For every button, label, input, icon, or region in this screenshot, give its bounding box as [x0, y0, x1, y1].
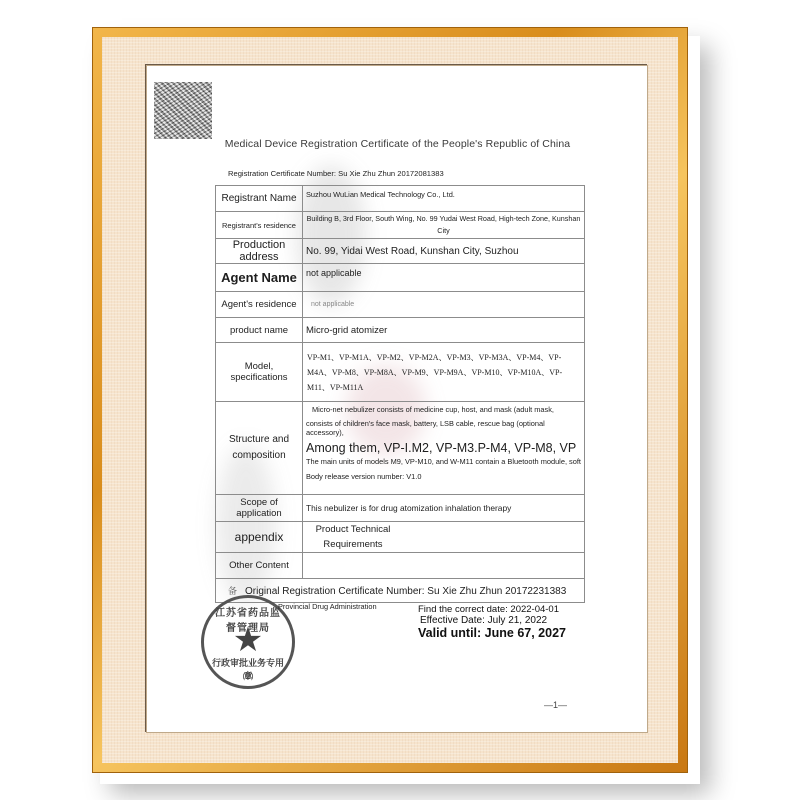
label-model-specifications: Model, specifications	[216, 343, 303, 402]
effective-date: Effective Date: July 21, 2022	[420, 615, 566, 626]
value-agent-residence: not applicable	[303, 292, 585, 318]
label-product-name: product name	[216, 318, 303, 343]
star-icon: ★	[204, 620, 292, 660]
label-registrant-residence: Registrant's residence	[216, 212, 303, 239]
table-row: Registrant Name Suzhou WuLian Medical Te…	[216, 186, 585, 212]
table-row: appendix Product Technical Requirements	[216, 522, 585, 553]
table-row: Production address No. 99, Yidai West Ro…	[216, 239, 585, 264]
value-registrant-name: Suzhou WuLian Medical Technology Co., Lt…	[303, 186, 585, 212]
registration-number: Registration Certificate Number: Su Xie …	[228, 169, 444, 178]
value-registrant-residence: Building B, 3rd Floor, South Wing, No. 9…	[303, 212, 585, 239]
table-row: 备Original Registration Certificate Numbe…	[216, 579, 585, 603]
structure-line-3: Among them, VP-I.M2, VP-M3.P-M4, VP-M8, …	[306, 437, 581, 455]
table-row: Other Content	[216, 553, 585, 579]
remarks-glyph: 备	[228, 586, 237, 596]
value-other-content	[303, 553, 585, 579]
structure-line-2: consists of children's face mask, batter…	[306, 414, 581, 437]
label-scope-of-application: Scope of application	[216, 495, 303, 522]
original-registration-row: 备Original Registration Certificate Numbe…	[216, 579, 585, 603]
structure-line-1: Micro-net nebulizer consists of medicine…	[306, 402, 581, 414]
table-row: Scope of application This nebulizer is f…	[216, 495, 585, 522]
value-agent-name: not applicable	[303, 264, 585, 292]
dates-block: Find the correct date: 2022-04-01 Effect…	[418, 604, 566, 640]
table-row: Structure and composition Micro-net nebu…	[216, 402, 585, 495]
table-row: Agent's residence not applicable	[216, 292, 585, 318]
label-appendix: appendix	[216, 522, 303, 553]
label-registrant-name: Registrant Name	[216, 186, 303, 212]
page-number: —1—	[544, 700, 567, 710]
qr-code	[154, 82, 212, 139]
approval-date: Find the correct date: 2022-04-01	[418, 604, 566, 615]
structure-line-5: Body release version number: V1.0	[306, 466, 581, 481]
table-row: Agent Name not applicable	[216, 264, 585, 292]
label-agent-name: Agent Name	[216, 264, 303, 292]
table-row: Registrant's residence Building B, 3rd F…	[216, 212, 585, 239]
value-scope-of-application: This nebulizer is for drug atomization i…	[303, 495, 585, 522]
table-row: Model, specifications VP-M1、VP-M1A、VP-M2…	[216, 343, 585, 402]
structure-line-4: The main units of models M9, VP-M10, and…	[306, 455, 581, 466]
value-model-specifications: VP-M1、VP-M1A、VP-M2、VP-M2A、VP-M3、VP-M3A、V…	[303, 343, 585, 402]
appendix-text: Product Technical Requirements	[313, 522, 393, 552]
valid-until-date: Valid until: June 67, 2027	[418, 626, 566, 640]
label-other-content: Other Content	[216, 553, 303, 579]
value-structure-composition: Micro-net nebulizer consists of medicine…	[303, 402, 585, 495]
value-product-name: Micro-grid atomizer	[303, 318, 585, 343]
table-row: product name Micro-grid atomizer	[216, 318, 585, 343]
original-registration-number: Original Registration Certificate Number…	[245, 586, 566, 597]
label-structure-composition: Structure and composition	[216, 402, 303, 495]
certificate-title: Medical Device Registration Certificate …	[150, 138, 645, 150]
certificate-table: Registrant Name Suzhou WuLian Medical Te…	[215, 185, 585, 603]
value-appendix: Product Technical Requirements	[303, 522, 585, 553]
seal-number: (2)	[204, 672, 292, 681]
issuing-authority: Provincial Drug Administration	[278, 602, 377, 611]
label-production-address: Production address	[216, 239, 303, 264]
label-agent-residence: Agent's residence	[216, 292, 303, 318]
value-production-address: No. 99, Yidai West Road, Kunshan City, S…	[303, 239, 585, 264]
